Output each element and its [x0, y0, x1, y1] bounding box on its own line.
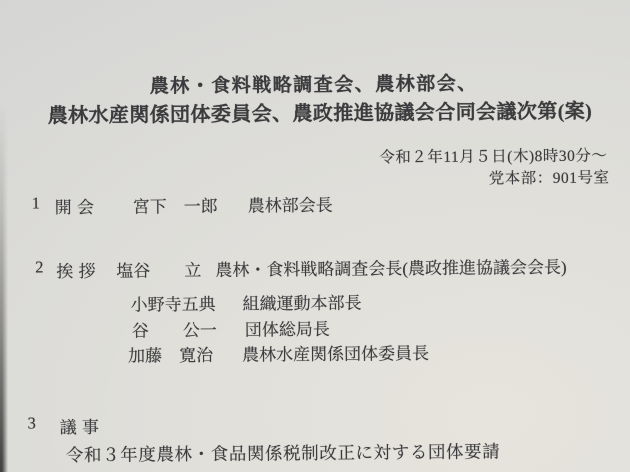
attendee-title: 農林部会長 [248, 191, 333, 217]
item-2-number: 2 [35, 257, 43, 277]
attendee-name: 宮下 一郎 [133, 192, 218, 218]
attendee-title: 団体総局長 [245, 315, 330, 341]
agenda-item-3-row: 3 議 事 [2, 408, 630, 437]
meeting-datetime: 令和２年11月５日(木)8時30分～ [379, 143, 607, 167]
attendee-name: 小野寺五典 [130, 290, 215, 316]
item-1-number: 1 [32, 193, 40, 213]
agenda-sheet: 農林・食料戦略調査会、農林部会、 農林水産関係団体委員会、農政推進協議会合同会議… [0, 0, 630, 472]
attendee-title: 農林水産関係団体委員長 [242, 339, 429, 366]
agenda-item-3-body: 令和３年度農林・食品関係税制改正に対する団体要請 [66, 438, 501, 467]
agenda-item-2-row: 2 挨 拶 塩谷 立 農林・食料戦略調査会長(農政推進協議会会長) [0, 252, 630, 281]
attendee-name: 塩谷 立 [116, 256, 201, 282]
item-3-heading: 議 事 [60, 413, 100, 438]
agenda-item-2-entry-row: 小野寺五典 組織運動本部長 [0, 286, 630, 315]
item-1-heading: 開 会 [55, 193, 95, 218]
agenda-item-1-row: 1 開 会 宮下 一郎 農林部会長 [0, 188, 630, 217]
item-2-heading: 挨 拶 [56, 257, 96, 282]
attendee-name: 谷 公一 [132, 316, 217, 342]
attendee-title: 組織運動本部長 [242, 289, 361, 315]
document-photo: 農林・食料戦略調査会、農林部会、 農林水産関係団体委員会、農政推進協議会合同会議… [0, 0, 630, 472]
attendee-title: 農林・食料戦略調査会長(農政推進協議会会長) [215, 253, 567, 281]
agenda-item-2-entry-row: 加藤 寛治 農林水産関係団体委員長 [1, 337, 630, 366]
item-3-number: 3 [28, 413, 36, 433]
attendee-name: 加藤 寛治 [128, 341, 213, 367]
meeting-title-line2: 農林水産関係団体委員会、農政推進協議会合同会議次第(案) [0, 94, 630, 129]
meeting-location: 党本部：901号室 [489, 165, 610, 188]
